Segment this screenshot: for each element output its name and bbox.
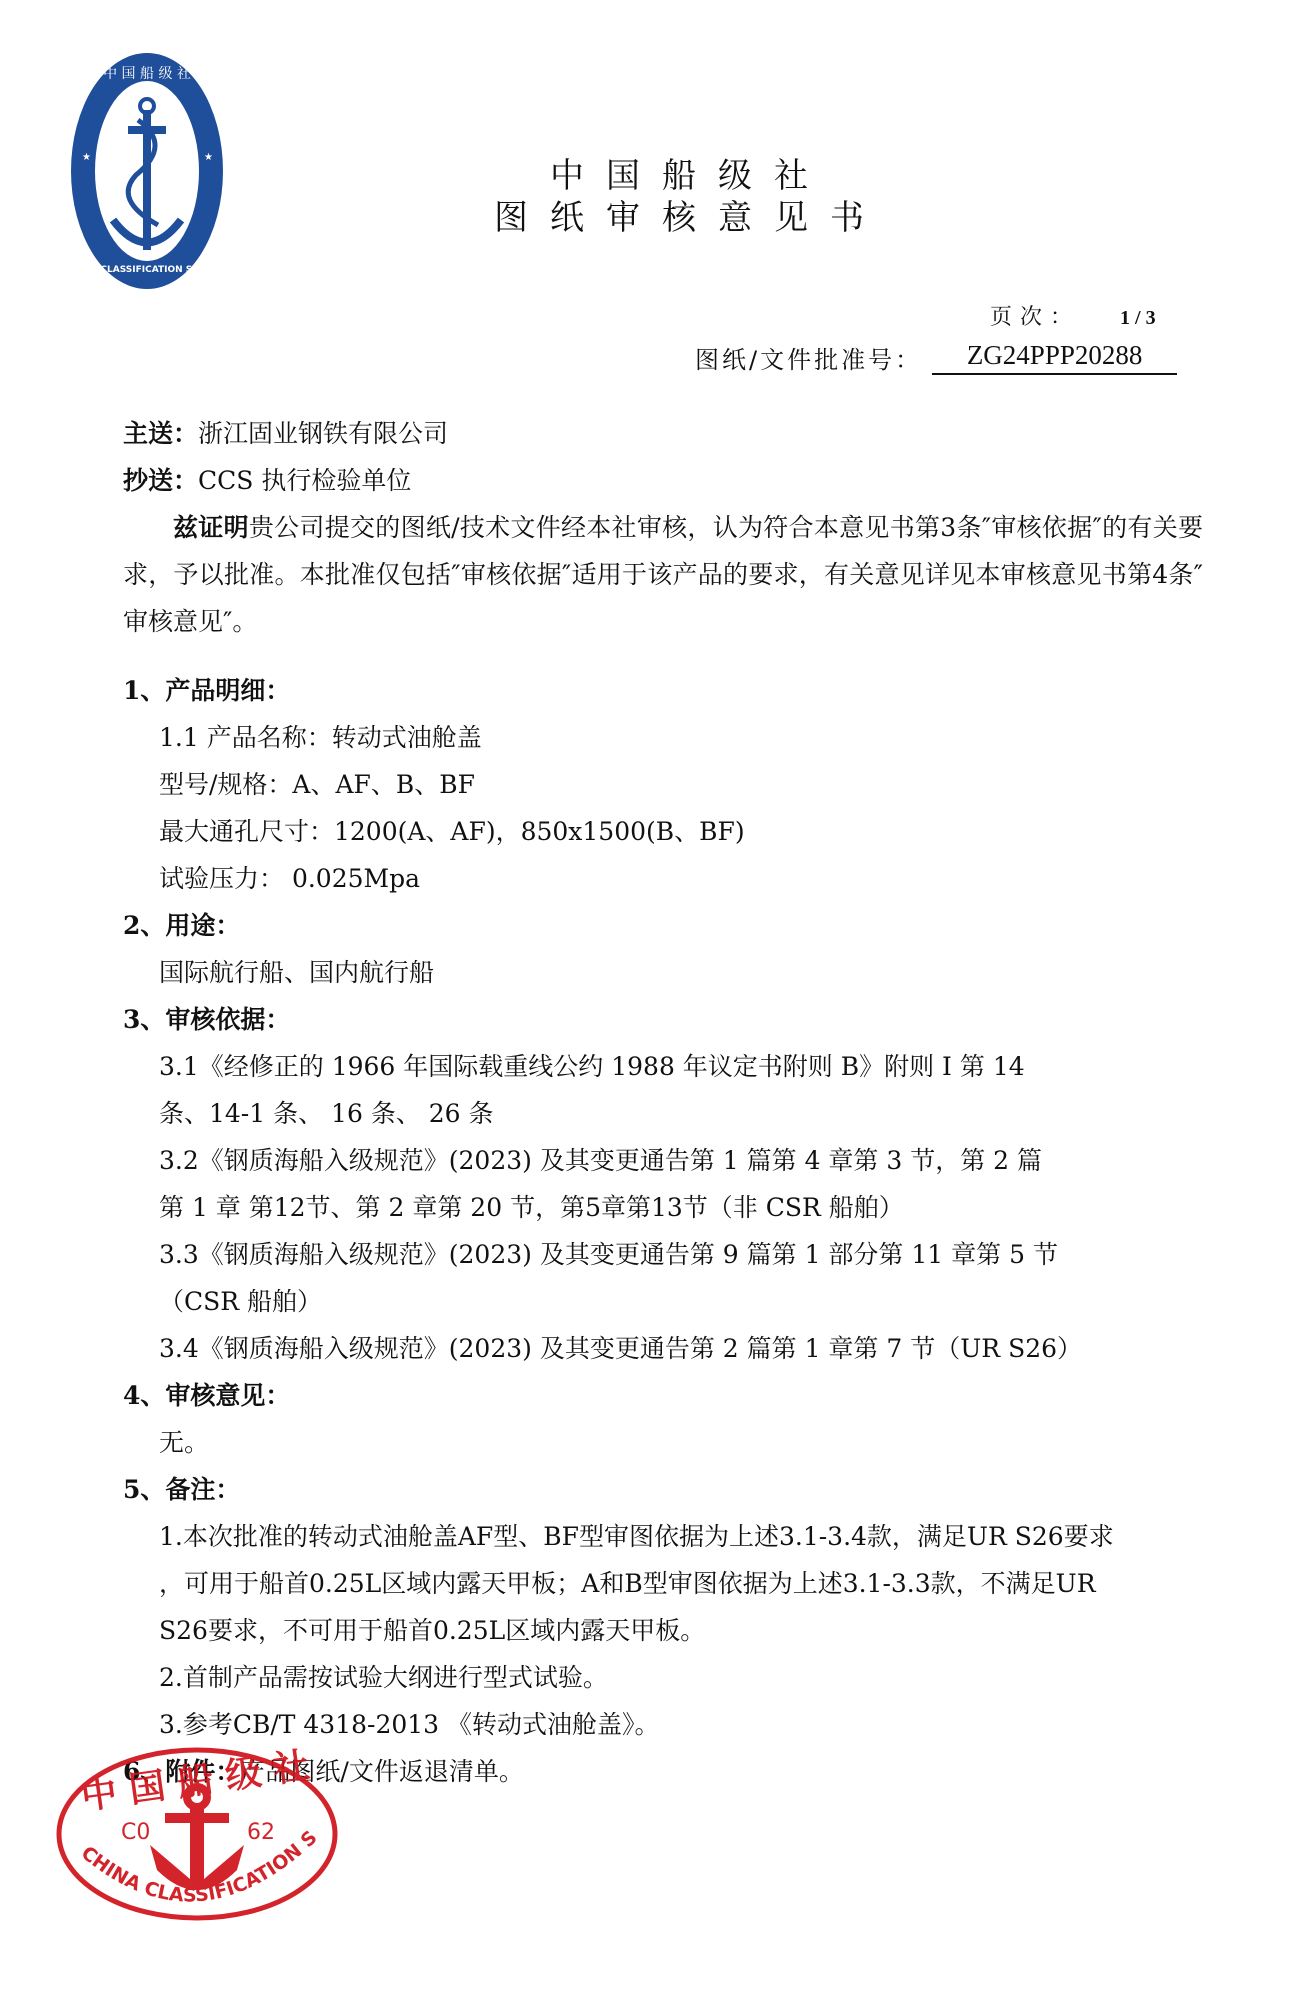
recipient-to: 主送：浙江固业钢铁有限公司: [123, 410, 1203, 457]
page-info: 页次：1 / 3: [990, 300, 1156, 331]
svg-text:中 国 船 级 社: 中 国 船 级 社: [103, 65, 191, 82]
section-3-line: 3.3《钢质海船入级规范》(2023) 及其变更通告第 9 篇第 1 部分第 1…: [123, 1231, 1203, 1278]
cc-value: CCS 执行检验单位: [198, 466, 411, 495]
svg-text:62: 62: [247, 1820, 275, 1845]
cc-label: 抄送：: [123, 466, 198, 495]
section-3-line: （CSR 船舶）: [123, 1278, 1203, 1325]
document-body: 主送：浙江固业钢铁有限公司 抄送：CCS 执行检验单位 兹证明贵公司提交的图纸/…: [123, 410, 1203, 1795]
page-value: 1 / 3: [1120, 307, 1156, 329]
section-5-line: ，可用于船首0.25L区域内露天甲板；A和B型审图依据为上述3.1-3.3款，不…: [123, 1560, 1203, 1607]
section-5-line: 1.本次批准的转动式油舱盖AF型、BF型审图依据为上述3.1-3.4款，满足UR…: [123, 1513, 1203, 1560]
section-1-line: 试验压力： 0.025Mpa: [123, 855, 1203, 902]
section-3-heading: 3、审核依据：: [123, 996, 1203, 1043]
section-3-line: 条、14-1 条、 16 条、 26 条: [123, 1090, 1203, 1137]
section-2-line: 国际航行船、国内航行船: [123, 949, 1203, 996]
certification-lead: 兹证明: [173, 513, 249, 542]
approval-label: 图纸/文件批准号：: [695, 340, 922, 375]
page-label: 页次：: [990, 305, 1080, 330]
certification-text: 贵公司提交的图纸/技术文件经本社审核，认为符合本意见书第3条″审核依据″的有关要…: [123, 513, 1203, 636]
svg-text:CHINA CLASSIFICATION SOCIETY: CHINA CLASSIFICATION SOCIETY: [68, 265, 226, 275]
section-1-line: 最大通孔尺寸：1200(A、AF)，850x1500(B、BF): [123, 808, 1203, 855]
section-3-line: 3.4《钢质海船入级规范》(2023) 及其变更通告第 2 篇第 1 章第 7 …: [123, 1325, 1203, 1372]
to-label: 主送：: [123, 419, 198, 448]
section-3-line: 第 1 章 第12节、第 2 章第 20 节，第5章第13节（非 CSR 船舶）: [123, 1184, 1203, 1231]
approval-number: ZG24PPP20288: [932, 340, 1177, 375]
approval-number-row: 图纸/文件批准号： ZG24PPP20288: [695, 340, 1177, 375]
section-2-heading: 2、用途：: [123, 902, 1203, 949]
section-1-heading: 1、产品明细：: [123, 667, 1203, 714]
title-document: 图纸审核意见书: [0, 190, 1300, 239]
section-1-line: 1.1 产品名称：转动式油舱盖: [123, 714, 1203, 761]
section-4-heading: 4、审核意见：: [123, 1372, 1203, 1419]
certification-paragraph: 兹证明贵公司提交的图纸/技术文件经本社审核，认为符合本意见书第3条″审核依据″的…: [123, 504, 1203, 645]
section-1-line: 型号/规格：A、AF、B、BF: [123, 761, 1203, 808]
ccs-red-seal-anchor-icon: 中 国 船 级 社 C0 62 CHINA CLASSIFICATION SOC…: [55, 1745, 340, 1923]
recipient-cc: 抄送：CCS 执行检验单位: [123, 457, 1203, 504]
section-3-line: 3.2《钢质海船入级规范》(2023) 及其变更通告第 1 篇第 4 章第 3 …: [123, 1137, 1203, 1184]
section-3-line: 3.1《经修正的 1966 年国际载重线公约 1988 年议定书附则 B》附则 …: [123, 1043, 1203, 1090]
section-5-line: 2.首制产品需按试验大纲进行型式试验。: [123, 1654, 1203, 1701]
svg-text:C0: C0: [121, 1820, 150, 1845]
section-5-line: 3.参考CB/T 4318-2013 《转动式油舱盖》。: [123, 1701, 1203, 1748]
section-5-line: S26要求，不可用于船首0.25L区域内露天甲板。: [123, 1607, 1203, 1654]
section-5-heading: 5、备注：: [123, 1466, 1203, 1513]
to-value: 浙江固业钢铁有限公司: [198, 419, 448, 448]
section-4-line: 无。: [123, 1419, 1203, 1466]
official-seal: 中 国 船 级 社 C0 62 CHINA CLASSIFICATION SOC…: [55, 1745, 340, 1923]
